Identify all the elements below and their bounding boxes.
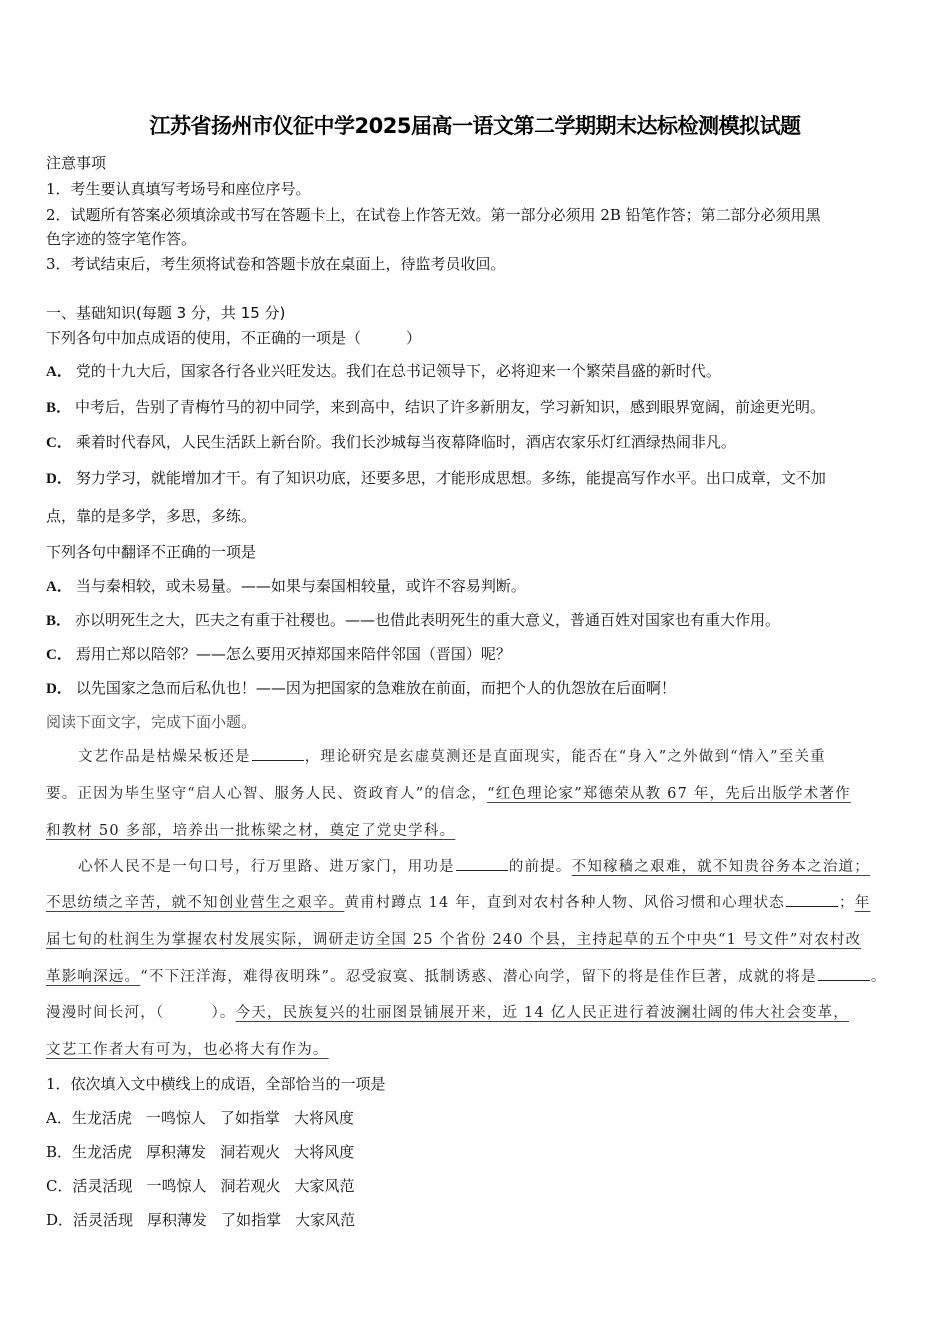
fill-blank-3 — [786, 892, 838, 907]
idiom: 大家风范 — [295, 1211, 355, 1229]
fill-blank-1 — [252, 746, 304, 761]
idiom: 了如指掌 — [221, 1211, 281, 1229]
idiom: 活灵活现 — [72, 1177, 132, 1195]
idiom: 大家风范 — [295, 1177, 355, 1195]
option-text: 焉用亡郑以陪邻？——怎么要用灭掉郑国来陪伴邻国（晋国）呢？ — [76, 645, 511, 663]
passage-p2-line2: 不思纺绩之辛苦，就不知创业营生之艰辛。黄甫村蹲点 14 年，直到对农村各种人物、… — [46, 891, 870, 912]
idiom: 洞若观火 — [221, 1177, 281, 1195]
idiom: 洞若观火 — [220, 1143, 280, 1161]
idiom: 了如指掌 — [220, 1109, 280, 1127]
passage-text: ； — [839, 895, 855, 911]
idiom: 生龙活虎 — [72, 1143, 132, 1161]
option-label: D． — [46, 1211, 73, 1229]
passage-p2-line5: 漫漫时间长河，（ ）。今天，民族复兴的壮丽图景铺展开来，近 14 亿人民正进行着… — [46, 1001, 849, 1022]
option-label: D． — [46, 681, 72, 697]
passage-text: 文艺作品是枯燥呆板还是 — [78, 749, 251, 765]
passage-text: 心怀人民不是一句口号，行万里路、进万家门，用功是 — [78, 859, 455, 875]
passage-p2-line1: 心怀人民不是一句口号，行万里路、进万家门，用功是的前提。不知稼穑之艰难，就不知贵… — [78, 855, 870, 876]
option-label: A． — [46, 364, 72, 380]
option-label: D． — [46, 471, 72, 487]
underlined-text: 今天，民族复兴的壮丽图景铺展开来，近 14 亿人民正进行着波澜壮阔的伟大社会变革… — [236, 1005, 849, 1021]
notice-item-2-cont: 色字迹的签字笔作答。 — [46, 228, 196, 249]
passage-text: 要。正因为毕生坚守“启人心智、服务人民、资政育人”的信念， — [46, 786, 487, 802]
idiom: 大将风度 — [294, 1143, 354, 1161]
idiom: 一鸣惊人 — [147, 1177, 207, 1195]
option-label: B． — [46, 1143, 72, 1161]
passage-text: 。 — [871, 969, 887, 985]
idiom: 大将风度 — [294, 1109, 354, 1127]
notice-heading: 注意事项 — [46, 152, 106, 173]
passage-text: 漫漫时间长河，（ ）。 — [46, 1005, 236, 1021]
q1-option-c: C．乘着时代春风，人民生活跃上新台阶。我们长沙城每当夜幕降临时，酒店农家乐灯红酒… — [46, 431, 736, 452]
reading-option-b: B．生龙活虎厚积薄发洞若观火大将风度 — [46, 1141, 354, 1162]
underlined-text: 不知稼穑之艰难，就不知贵谷务本之治道； — [572, 859, 870, 875]
idiom: 一鸣惊人 — [146, 1109, 206, 1127]
passage-text: 的前提。 — [509, 859, 572, 875]
passage-p2-line3: 届七旬的杜润生为掌握农村发展实际，调研走访全国 25 个省份 240 个县，主持… — [46, 928, 861, 949]
option-text: 努力学习，就能增加才干。有了知识功底，还要多思，才能形成思想。多练，能提高写作水… — [76, 469, 826, 487]
notice-item-1: 1．考生要认真填写考场号和座位序号。 — [46, 178, 311, 199]
q2-option-c: C．焉用亡郑以陪邻？——怎么要用灭掉郑国来陪伴邻国（晋国）呢？ — [46, 643, 511, 664]
question-stem-2: 下列各句中翻译不正确的一项是 — [46, 541, 256, 562]
reading-option-a: A．生龙活虎一鸣惊人了如指掌大将风度 — [46, 1107, 354, 1128]
option-label: C． — [46, 1177, 72, 1195]
passage-text: 黄甫村蹲点 14 年，直到对农村各种人物、风俗习惯和心理状态 — [344, 895, 785, 911]
reading-option-d: D．活灵活现厚积薄发了如指掌大家风范 — [46, 1209, 355, 1230]
reading-question-stem: 1．依次填入文中横线上的成语，全部恰当的一项是 — [46, 1073, 386, 1094]
option-label: C． — [46, 647, 72, 663]
page-title: 江苏省扬州市仪征中学2025届高一语文第二学期期末达标检测模拟试题 — [0, 110, 950, 140]
option-text: 中考后，告别了青梅竹马的初中同学，来到高中，结识了许多新朋友，学习新知识，感到眼… — [75, 398, 825, 416]
question-stem-1: 下列各句中加点成语的使用，不正确的一项是（ ） — [46, 327, 421, 348]
q1-option-d: D．努力学习，就能增加才干。有了知识功底，还要多思，才能形成思想。多练，能提高写… — [46, 467, 826, 488]
option-text: 亦以明死生之大，匹夫之有重于社稷也。——也借此表明死生的重大意义，普通百姓对国家… — [75, 611, 780, 629]
passage-p1-line3: 和教材 50 多部，培养出一批栋梁之材，奠定了党史学科。 — [46, 819, 455, 840]
notice-item-2: 2．试题所有答案必须填涂或书写在答题卡上，在试卷上作答无效。第一部分必须用 2B… — [46, 204, 821, 225]
reading-instruction: 阅读下面文字，完成下面小题。 — [46, 711, 256, 732]
q2-option-b: B．亦以明死生之大，匹夫之有重于社稷也。——也借此表明死生的重大意义，普通百姓对… — [46, 609, 780, 630]
exam-page: 江苏省扬州市仪征中学2025届高一语文第二学期期末达标检测模拟试题 注意事项 1… — [0, 0, 950, 1344]
reading-option-c: C．活灵活现一鸣惊人洞若观火大家风范 — [46, 1175, 355, 1196]
option-label: C． — [46, 435, 72, 451]
fill-blank-4 — [818, 966, 870, 981]
underlined-text: 文艺工作者大有可为，也必将大有作为。 — [46, 1042, 329, 1058]
passage-p1-line2: 要。正因为毕生坚守“启人心智、服务人民、资政育人”的信念，“红色理论家”郑德荣从… — [46, 782, 851, 803]
underlined-text: 革影响深远。 — [46, 969, 140, 985]
passage-p1-line1: 文艺作品是枯燥呆板还是，理论研究是玄虚莫测还是直面现实，能否在“身入”之外做到“… — [78, 745, 826, 766]
q2-option-d: D．以先国家之急而后私仇也！——因为把国家的急难放在前面，而把个人的仇怨放在后面… — [46, 677, 676, 698]
option-text: 以先国家之急而后私仇也！——因为把国家的急难放在前面，而把个人的仇怨放在后面啊！ — [76, 679, 676, 697]
idiom: 厚积薄发 — [147, 1211, 207, 1229]
fill-blank-2 — [456, 856, 508, 871]
option-text: 乘着时代春风，人民生活跃上新台阶。我们长沙城每当夜幕降临时，酒店农家乐灯红酒绿热… — [76, 433, 736, 451]
q2-option-a: A．当与秦相较，或未易量。——如果与秦国相较量，或许不容易判断。 — [46, 575, 526, 596]
underlined-text: “红色理论家”郑德荣从教 67 年，先后出版学术著作 — [487, 786, 851, 802]
underlined-text: 和教材 50 多部，培养出一批栋梁之材，奠定了党史学科。 — [46, 823, 455, 839]
underlined-text: 届七旬的杜润生为掌握农村发展实际，调研走访全国 25 个省份 240 个县，主持… — [46, 932, 861, 948]
q1-option-b: B．中考后，告别了青梅竹马的初中同学，来到高中，结识了许多新朋友，学习新知识，感… — [46, 396, 825, 417]
idiom: 生龙活虎 — [72, 1109, 132, 1127]
passage-p2-line6: 文艺工作者大有可为，也必将大有作为。 — [46, 1038, 329, 1059]
option-label: B． — [46, 613, 71, 629]
passage-p2-line4: 革影响深远。“不下汪洋海，难得夜明珠”。忍受寂寞、抵制诱惑、潜心向学，留下的将是… — [46, 965, 887, 986]
option-text: 当与秦相较，或未易量。——如果与秦国相较量，或许不容易判断。 — [76, 577, 526, 595]
option-label: A． — [46, 1109, 72, 1127]
underlined-text: 不思纺绩之辛苦，就不知创业营生之艰辛。 — [46, 895, 344, 911]
passage-text: “不下汪洋海，难得夜明珠”。忍受寂寞、抵制诱惑、潜心向学，留下的将是佳作巨著，成… — [140, 969, 817, 985]
notice-item-3: 3．考试结束后，考生须将试卷和答题卡放在桌面上，待监考员收回。 — [46, 253, 506, 274]
passage-text: ，理论研究是玄虚莫测还是直面现实，能否在“身入”之外做到“情入”至关重 — [305, 749, 826, 765]
q1-option-d-cont: 点，靠的是多学，多思，多练。 — [46, 505, 256, 526]
q1-option-a: A．党的十九大后，国家各行各业兴旺发达。我们在总书记领导下，必将迎来一个繁荣昌盛… — [46, 360, 721, 381]
section-heading: 一、基础知识(每题 3 分，共 15 分) — [46, 302, 285, 323]
option-label: B． — [46, 400, 71, 416]
option-text: 党的十九大后，国家各行各业兴旺发达。我们在总书记领导下，必将迎来一个繁荣昌盛的新… — [76, 362, 721, 380]
underlined-text: 年 — [855, 895, 871, 911]
idiom: 厚积薄发 — [146, 1143, 206, 1161]
idiom: 活灵活现 — [73, 1211, 133, 1229]
option-label: A． — [46, 579, 72, 595]
